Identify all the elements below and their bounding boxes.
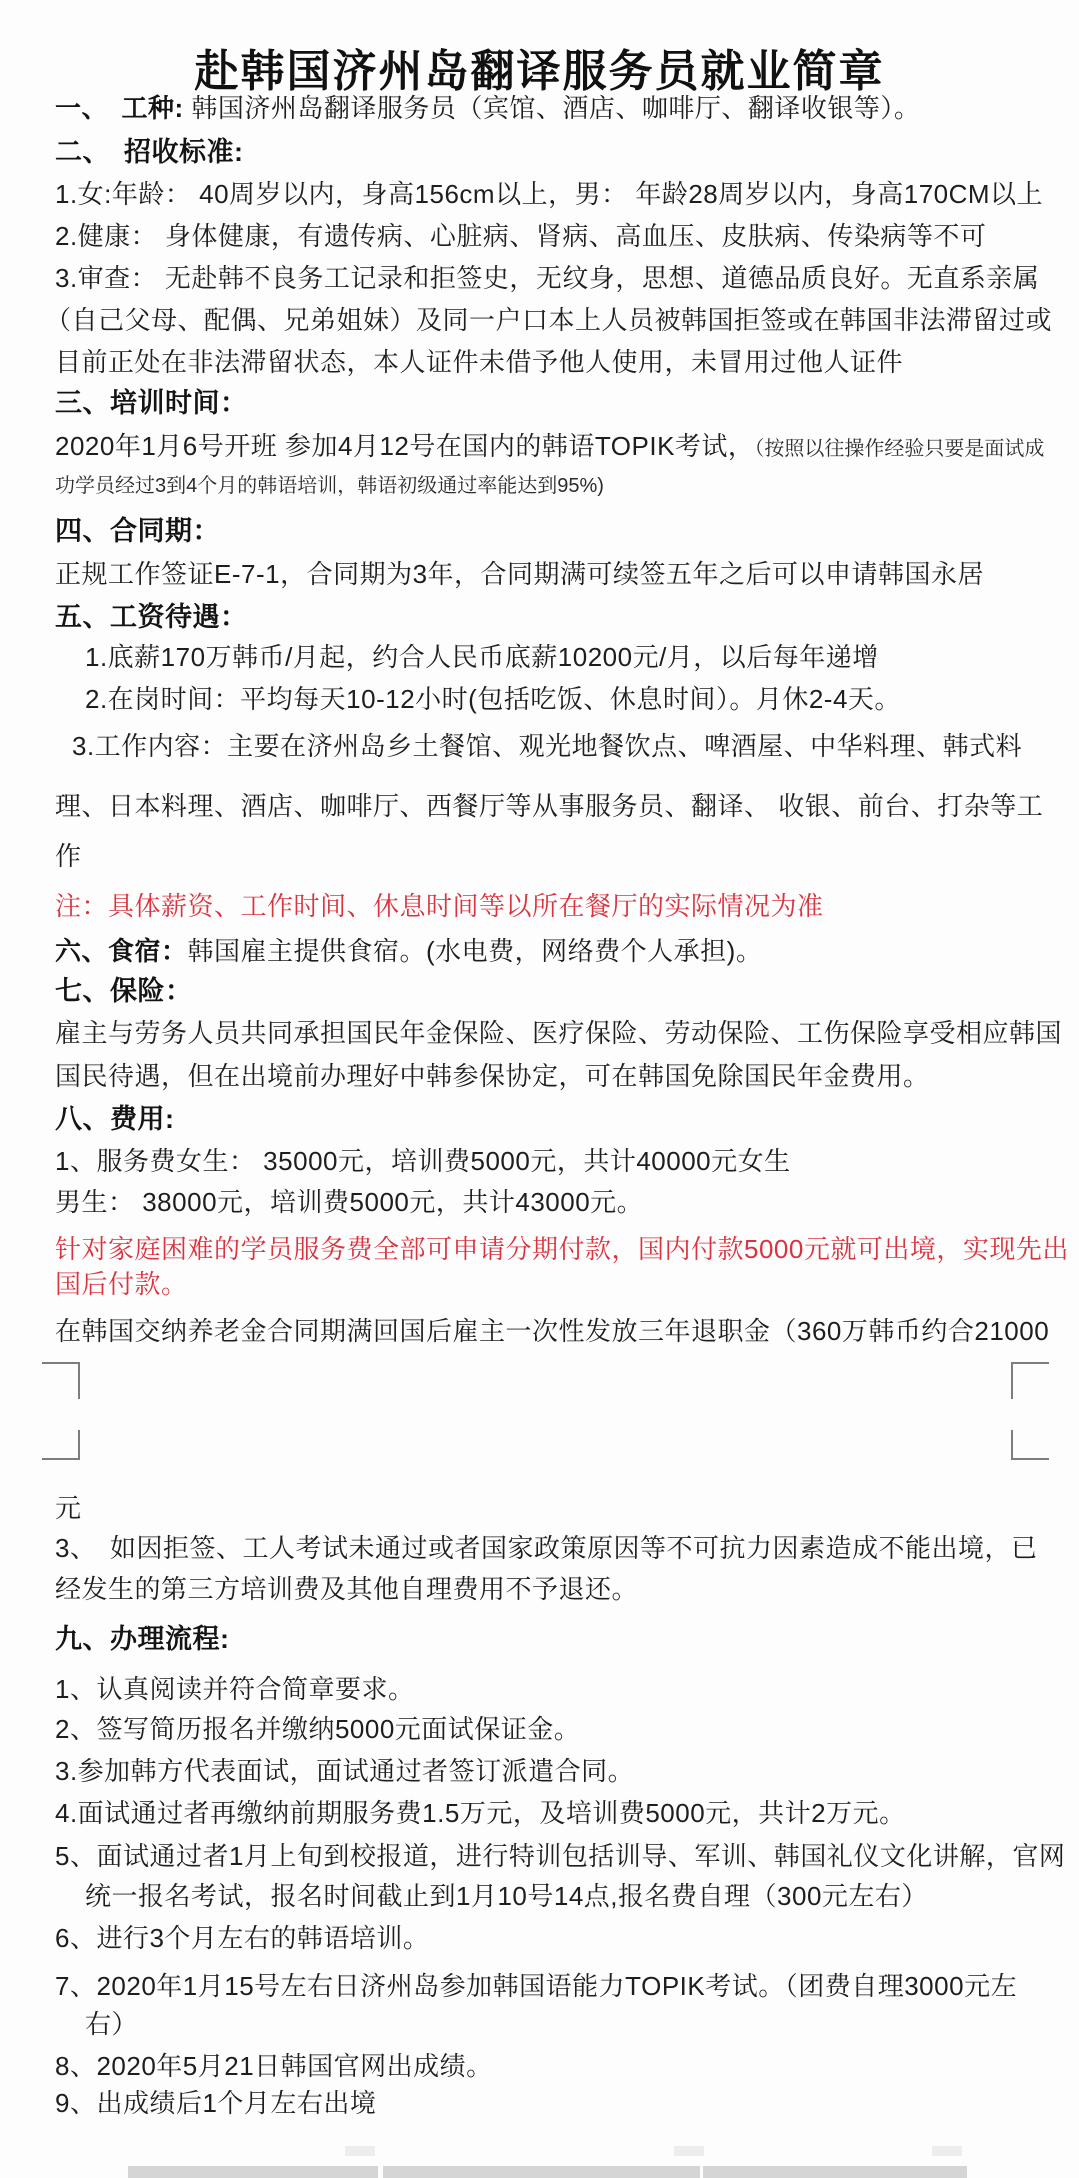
table-top-bar xyxy=(703,2166,967,2178)
document-page: 赴韩国济州岛翻译服务员就业简章 一、 工种: 韩国济州岛翻译服务员（宾馆、酒店、… xyxy=(0,0,1079,2178)
doc-line: 3.参加韩方代表面试，面试通过者签订派遣合同。 xyxy=(55,1751,634,1791)
doc-line: 国民待遇，但在出境前办理好中韩参保协定，可在韩国免除国民年金费用。 xyxy=(55,1056,930,1096)
table-top-bar xyxy=(383,2166,700,2178)
doc-line: 4.面试通过者再缴纳前期服务费1.5万元，及培训费5000元，共计2万元。 xyxy=(55,1793,906,1833)
doc-line: 功学员经过3到4个月的韩语培训，韩语初级通过率能达到95%) xyxy=(55,466,604,506)
doc-line: 1.底薪170万韩币/月起，约合人民币底薪10200元/月，以后每年递增 xyxy=(85,637,879,677)
doc-line: 5、面试通过者1月上旬到校报道，进行特训包括训导、军训、韩国礼仪文化讲解，官网 xyxy=(55,1836,1065,1876)
table-border-hint xyxy=(674,2146,704,2156)
line-text: 韩国雇主提供食宿。(水电费，网络费个人承担)。 xyxy=(188,936,763,966)
doc-line: 元 xyxy=(55,1488,82,1528)
doc-line-red: 针对家庭困难的学员服务费全部可申请分期付款，国内付款5000元就可出境，实现先出 xyxy=(55,1229,1069,1269)
doc-line: 正规工作签证E-7-1，合同期为3年，合同期满可续签五年之后可以申请韩国永居 xyxy=(55,554,984,594)
section-heading-4: 四、合同期： xyxy=(55,511,220,551)
doc-line: 2.健康： 身体健康，有遗传病、心脏病、肾病、高血压、皮肤病、传染病等不可 xyxy=(55,216,986,256)
doc-line: 7、2020年1月15号左右日济州岛参加韩国语能力TOPIK考试。（团费自理30… xyxy=(55,1966,1017,2006)
doc-line: 在韩国交纳养老金合同期满回国后雇主一次性发放三年退职金（360万韩币约合2100… xyxy=(55,1311,1049,1351)
line-lead: 一、 工种: xyxy=(55,93,184,123)
doc-line: （自己父母、配偶、兄弟姐妹）及同一户口本上人员被韩国拒签或在韩国非法滞留过或 xyxy=(45,300,1052,340)
page-break-corner-mark xyxy=(1011,1362,1049,1399)
doc-line: 3.工作内容：主要在济州岛乡土餐馆、观光地餐饮点、啤酒屋、中华料理、韩式料 xyxy=(72,726,1022,766)
line-text: 2020年1月6号开班 参加4月12号在国内的韩语TOPIK考试， xyxy=(55,431,754,461)
page-break-corner-mark xyxy=(42,1362,80,1399)
doc-line: 作 xyxy=(55,836,82,876)
section-heading-2: 二、 招收标准: xyxy=(55,132,244,172)
doc-line: 2、签写简历报名并缴纳5000元面试保证金。 xyxy=(55,1709,580,1749)
line-small: （按照以往操作经验只要是面试成 xyxy=(754,438,1044,460)
doc-line-note-red: 注：具体薪资、工作时间、休息时间等以所在餐厅的实际情况为准 xyxy=(55,886,824,926)
doc-line: 1、认真阅读并符合简章要求。 xyxy=(55,1669,414,1709)
section-heading-7: 七、保险： xyxy=(55,971,193,1011)
section-heading-9: 九、办理流程: xyxy=(55,1619,230,1659)
doc-line: 1.女:年龄： 40周岁以内，身高156cm以上，男： 年龄28周岁以内，身高1… xyxy=(55,174,1043,214)
doc-line: 8、2020年5月21日韩国官网出成绩。 xyxy=(55,2046,493,2086)
page-break-corner-mark xyxy=(42,1430,80,1460)
table-border-hint xyxy=(932,2146,962,2156)
doc-line-red: 国后付款。 xyxy=(55,1264,188,1304)
doc-line: 6、进行3个月左右的韩语培训。 xyxy=(55,1918,429,1958)
doc-line: 1、服务费女生： 35000元，培训费5000元，共计40000元女生 xyxy=(55,1141,791,1181)
doc-line: 统一报名考试，报名时间截止到1月10号14点,报名费自理（300元左右） xyxy=(85,1876,928,1916)
doc-line: 2.在岗时间：平均每天10-12小时(包括吃饭、休息时间）。月休2-4天。 xyxy=(85,679,901,719)
doc-line: 3、 如因拒签、工人考试未通过或者国家政策原因等不可抗力因素造成不能出境，已 xyxy=(55,1528,1037,1568)
table-border-hint xyxy=(345,2146,375,2156)
doc-line: 雇主与劳务人员共同承担国民年金保险、医疗保险、劳动保险、工伤保险享受相应韩国 xyxy=(55,1013,1062,1053)
doc-line: 经发生的第三方培训费及其他自理费用不予退还。 xyxy=(55,1569,638,1609)
section-heading-1: 一、 工种: 韩国济州岛翻译服务员（宾馆、酒店、咖啡厅、翻译收银等）。 xyxy=(55,88,920,128)
doc-line: 9、出成绩后1个月左右出境 xyxy=(55,2083,376,2123)
section-heading-8: 八、费用: xyxy=(55,1099,175,1139)
line-text: 韩国济州岛翻译服务员（宾馆、酒店、咖啡厅、翻译收银等）。 xyxy=(184,93,921,123)
line-lead: 六、食宿： xyxy=(55,936,188,966)
page-break-corner-mark xyxy=(1011,1430,1049,1460)
doc-line: 3.审查： 无赴韩不良务工记录和拒签史，无纹身，思想、道德品质良好。无直系亲属 xyxy=(55,258,1039,298)
doc-line: 男生： 38000元，培训费5000元，共计43000元。 xyxy=(55,1182,643,1222)
doc-line: 2020年1月6号开班 参加4月12号在国内的韩语TOPIK考试，（按照以往操作… xyxy=(55,426,1044,469)
section-heading-3: 三、培训时间： xyxy=(55,383,248,423)
table-top-bar xyxy=(128,2166,378,2178)
section-heading-5: 五、工资待遇： xyxy=(55,597,248,637)
doc-line: 右） xyxy=(85,2004,138,2044)
section-heading-6: 六、食宿：韩国雇主提供食宿。(水电费，网络费个人承担)。 xyxy=(55,931,762,971)
doc-line: 理、日本料理、酒店、咖啡厅、西餐厅等从事服务员、翻译、 收银、前台、打杂等工 xyxy=(55,786,1043,826)
doc-line: 目前正处在非法滞留状态，本人证件未借予他人使用，未冒用过他人证件 xyxy=(55,342,903,382)
